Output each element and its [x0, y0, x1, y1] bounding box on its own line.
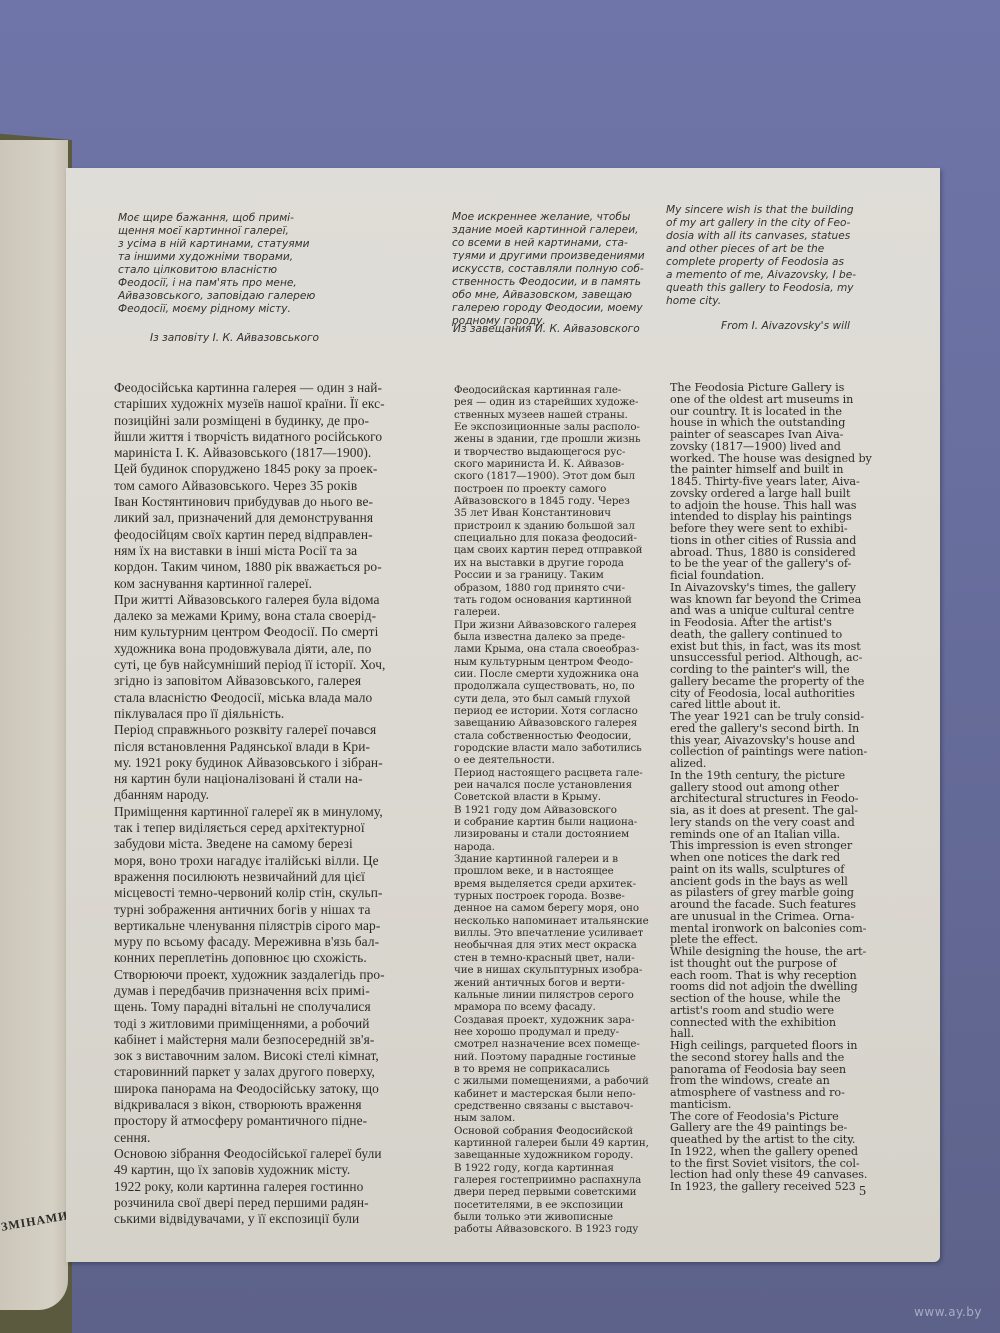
- paragraph: The core of Feodosia's Picture Gallery a…: [670, 1111, 885, 1193]
- paragraph: Створюючи проект, художник заздалегідь п…: [114, 967, 464, 1146]
- paragraph: Здание картинной галереи и в прошлом век…: [454, 853, 669, 1013]
- paragraph: Період справжнього розквіту галереї поча…: [114, 722, 464, 803]
- epigraph-text: Моє щире бажання, щоб примі- щення моєї …: [118, 212, 388, 316]
- epigraph-text: Мое искреннее желание, чтобы здание моей…: [452, 211, 652, 328]
- epigraph-source-english: From I. Aivazovsky's will: [721, 320, 850, 332]
- paragraph: While designing the house, the art- ist …: [670, 946, 885, 1040]
- column-russian: Феодосийская картинная гале- рея — один …: [454, 384, 669, 1236]
- epigraph-source-ukrainian: Із заповіту І. К. Айвазовського: [150, 332, 319, 344]
- paragraph: In Aivazovsky's times, the gallery was k…: [670, 582, 885, 711]
- paragraph: In the 19th century, the picture gallery…: [670, 770, 885, 946]
- epigraph-russian: Мое искреннее желание, чтобы здание моей…: [452, 211, 652, 328]
- paragraph: High ceilings, parqueted floors in the s…: [670, 1040, 885, 1111]
- paragraph: Основою зібрання Феодосійської галереї б…: [114, 1146, 464, 1227]
- paragraph: Создавая проект, художник зара- нее хоро…: [454, 1014, 669, 1125]
- paragraph: The Feodosia Picture Gallery is one of t…: [670, 382, 885, 582]
- paragraph: При житті Айвазовського галерея була від…: [114, 592, 464, 722]
- column-ukrainian: Феодосійська картинна галерея — один з н…: [114, 380, 464, 1227]
- page-number: 5: [859, 1184, 866, 1200]
- epigraph-ukrainian: Моє щире бажання, щоб примі- щення моєї …: [118, 212, 388, 316]
- previous-page: [0, 140, 68, 1310]
- book-page: Моє щире бажання, щоб примі- щення моєї …: [66, 168, 940, 1262]
- epigraph-source-russian: Из завещания И. К. Айвазовского: [453, 323, 640, 335]
- paragraph: При жизни Айвазовского галерея была изве…: [454, 619, 669, 767]
- column-english: The Feodosia Picture Gallery is one of t…: [670, 382, 885, 1193]
- epigraph-english: My sincere wish is that the building of …: [666, 204, 866, 308]
- paragraph: Феодосійська картинна галерея — один з н…: [114, 380, 464, 592]
- epigraph-text: My sincere wish is that the building of …: [666, 204, 866, 308]
- paragraph: Период настоящего расцвета гале- реи нач…: [454, 767, 669, 853]
- paragraph: Феодосийская картинная гале- рея — один …: [454, 384, 669, 619]
- watermark: www.ay.by: [914, 1305, 982, 1319]
- paragraph: The year 1921 can be truly consid- ered …: [670, 711, 885, 770]
- paragraph: Приміщення картинної галереї як в минуло…: [114, 804, 464, 967]
- paragraph: Основой собрания Феодосийской картинной …: [454, 1125, 669, 1236]
